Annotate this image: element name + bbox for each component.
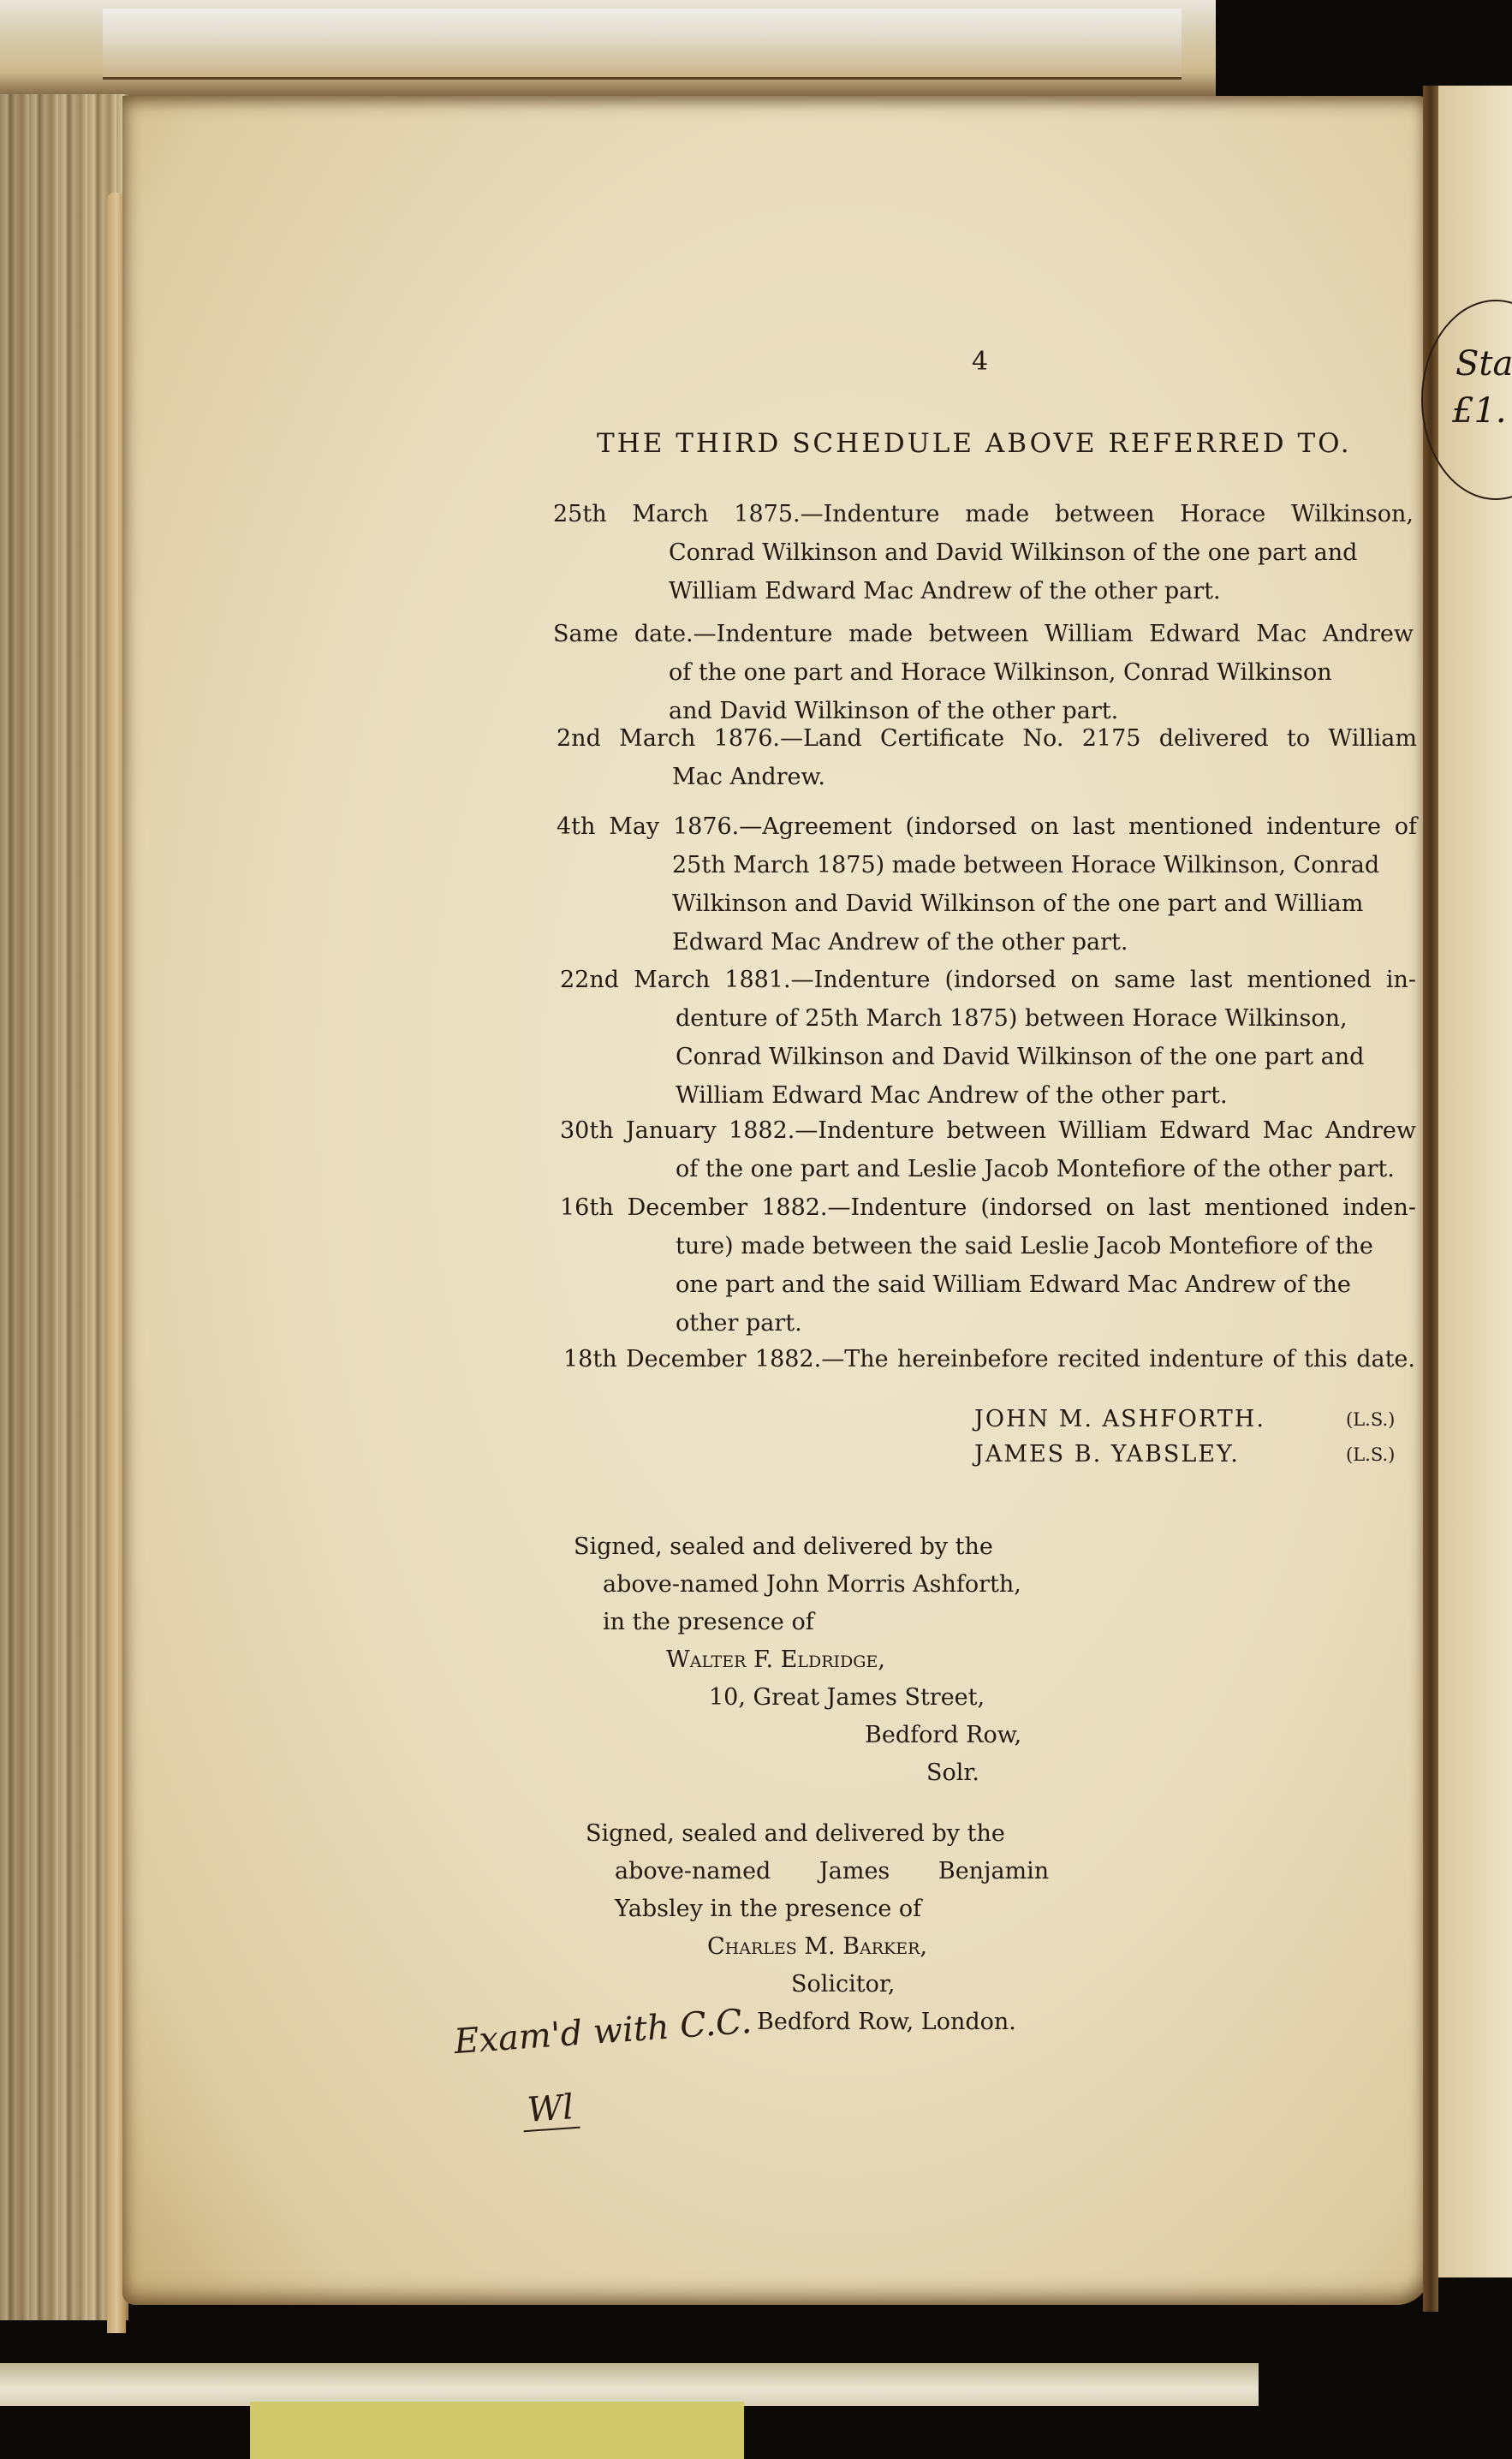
- entry-line: of the one part and Leslie Jacob Montefi…: [560, 1150, 1416, 1188]
- schedule-entry: 2nd March 1876.—Land Certificate No. 217…: [557, 719, 1417, 796]
- witness-address-line: Bedford Row,: [574, 1717, 1021, 1754]
- margin-note-line: Stam: [1455, 342, 1512, 385]
- entry-line: Conrad Wilkinson and David Wilkinson of …: [553, 533, 1414, 572]
- entry-line: Edward Mac Andrew of the other part.: [557, 923, 1417, 962]
- signatory-name: JAMES B. YABSLEY.: [974, 1441, 1240, 1468]
- entry-line: 25th March 1875) made between Horace Wil…: [557, 846, 1417, 884]
- background-dark: [1229, 0, 1512, 94]
- entry-line: William Edward Mac Andrew of the other p…: [553, 572, 1414, 610]
- entry-line: 22nd March 1881.—Indenture (indorsed on …: [560, 961, 1416, 999]
- entry-line: 18th December 1882.—The hereinbefore rec…: [563, 1340, 1415, 1378]
- schedule-entry: 30th January 1882.—Indenture between Wil…: [560, 1111, 1416, 1188]
- seal-mark: (L.S.): [1346, 1409, 1395, 1430]
- schedule-entry: 25th March 1875.—Indenture made between …: [553, 495, 1414, 610]
- top-stacked-pages-inner: [103, 9, 1182, 80]
- page-number: 4: [972, 347, 988, 377]
- attestation-clause: Signed, sealed and delivered by the abov…: [574, 1528, 1021, 1792]
- entry-line: 25th March 1875.—Indenture made between …: [553, 495, 1414, 533]
- entry-line: 16th December 1882.—Indenture (indorsed …: [560, 1188, 1416, 1227]
- attestation-clause: Signed, sealed and delivered by the abov…: [586, 1815, 1049, 2041]
- page-heading: THE THIRD SCHEDULE ABOVE REFERRED TO.: [597, 428, 1352, 459]
- schedule-entry: 18th December 1882.—The hereinbefore rec…: [563, 1340, 1415, 1378]
- schedule-entry: 16th December 1882.—Indenture (indorsed …: [560, 1188, 1416, 1343]
- schedule-entry: 22nd March 1881.—Indenture (indorsed on …: [560, 961, 1416, 1115]
- entry-line: Conrad Wilkinson and David Wilkinson of …: [560, 1038, 1416, 1076]
- schedule-entry: 4th May 1876.—Agreement (indorsed on las…: [557, 807, 1417, 962]
- attestation-line: above-named James Benjamin: [586, 1853, 1049, 1890]
- attestation-line: above-named John Morris Ashforth,: [574, 1566, 1021, 1604]
- entry-line: 2nd March 1876.—Land Certificate No. 217…: [557, 719, 1417, 758]
- entry-line: 4th May 1876.—Agreement (indorsed on las…: [557, 807, 1417, 846]
- entry-line: Mac Andrew.: [557, 758, 1417, 796]
- bottom-page-edge: [0, 2363, 1259, 2406]
- margin-note-line: £1.: [1452, 390, 1507, 432]
- yellow-tab: [250, 2402, 744, 2459]
- entry-line: of the one part and Horace Wilkinson, Co…: [553, 653, 1414, 692]
- entry-line: 30th January 1882.—Indenture between Wil…: [560, 1111, 1416, 1150]
- entry-line: ture) made between the said Leslie Jacob…: [560, 1227, 1416, 1265]
- attestation-line: Yabsley in the presence of: [586, 1890, 1049, 1928]
- schedule-entry: Same date.—Indenture made between Willia…: [553, 615, 1414, 730]
- witness-address-line: 10, Great James Street,: [574, 1679, 1021, 1717]
- witness-address-line: Solr.: [574, 1754, 1021, 1792]
- entry-line: William Edward Mac Andrew of the other p…: [560, 1076, 1416, 1115]
- witness-name: Walter F. Eldridge,: [574, 1641, 1021, 1679]
- entry-line: Wilkinson and David Wilkinson of the one…: [557, 884, 1417, 923]
- entry-line: denture of 25th March 1875) between Hora…: [560, 999, 1416, 1038]
- entry-line: other part.: [560, 1304, 1416, 1343]
- witness-name: Charles M. Barker,: [586, 1928, 1049, 1966]
- attestation-line: in the presence of: [574, 1604, 1021, 1641]
- attestation-line: Signed, sealed and delivered by the: [574, 1528, 1021, 1566]
- witness-address-line: Solicitor,: [586, 1966, 1049, 2004]
- handwritten-initials: Wl: [521, 2087, 580, 2132]
- signatory-name: JOHN M. ASHFORTH.: [974, 1406, 1265, 1432]
- entry-line: one part and the said William Edward Mac…: [560, 1265, 1416, 1304]
- attestation-line: Signed, sealed and delivered by the: [586, 1815, 1049, 1853]
- seal-mark: (L.S.): [1346, 1444, 1395, 1465]
- entry-line: Same date.—Indenture made between Willia…: [553, 615, 1414, 653]
